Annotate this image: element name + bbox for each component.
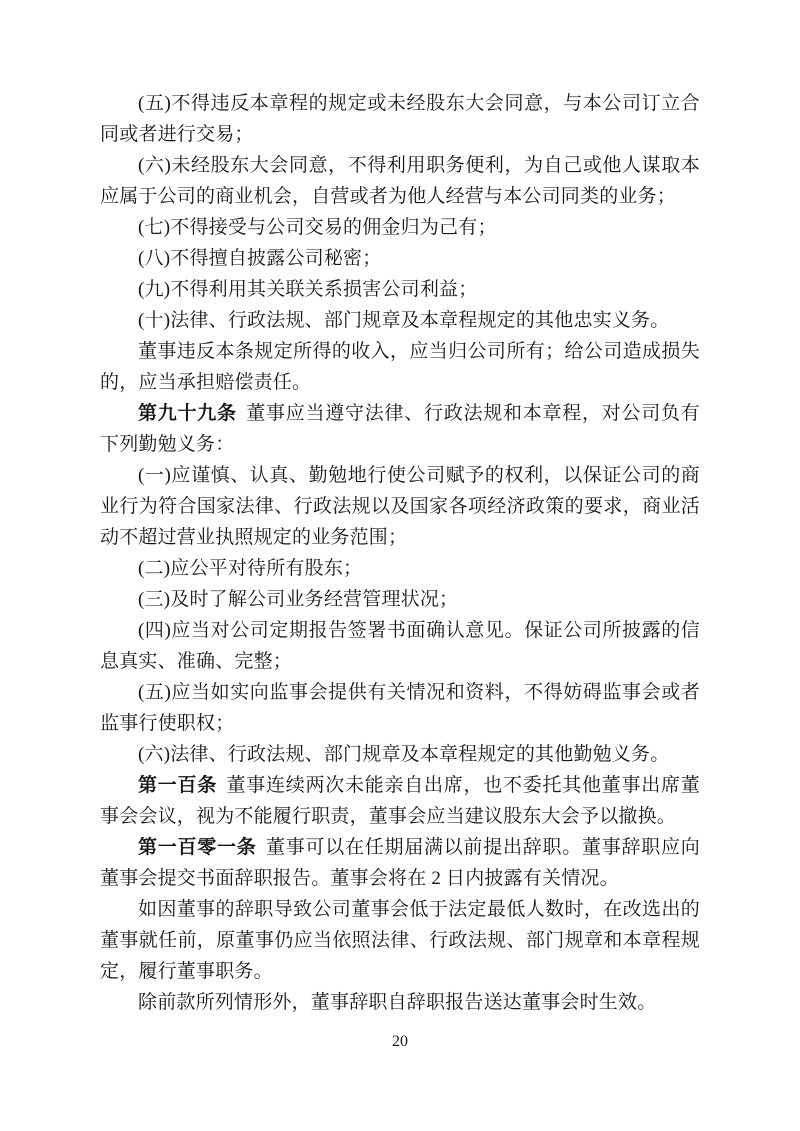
article-number: 第一百条 <box>138 775 217 796</box>
paragraph-text: 如因董事的辞职导致公司董事会低于法定最低人数时，在改选出的董事就任前，原董事仍应… <box>100 899 700 982</box>
paragraph-text: (三)及时了解公司业务经营管理状况； <box>138 589 458 610</box>
paragraph-text: (七)不得接受与公司交易的佣金归为己有； <box>138 217 497 238</box>
page-number: 20 <box>0 1032 800 1052</box>
paragraph: (六)法律、行政法规、部门规章及本章程规定的其他勤勉义务。 <box>100 739 700 770</box>
paragraph: 除前款所列情形外，董事辞职自辞职报告送达董事会时生效。 <box>100 987 700 1018</box>
paragraph-text: (五)不得违反本章程的规定或未经股东大会同意，与本公司订立合同或者进行交易； <box>100 93 700 145</box>
paragraph-text: (十)法律、行政法规、部门规章及本章程规定的其他忠实义务。 <box>138 310 669 331</box>
paragraph: (十)法律、行政法规、部门规章及本章程规定的其他忠实义务。 <box>100 305 700 336</box>
paragraph: (三)及时了解公司业务经营管理状况； <box>100 584 700 615</box>
paragraph: (四)应当对公司定期报告签署书面确认意见。保证公司所披露的信息真实、准确、完整； <box>100 615 700 677</box>
paragraph-text: (八)不得擅自披露公司秘密； <box>138 248 381 269</box>
paragraph: 第一百零一条董事可以在任期届满以前提出辞职。董事辞职应向董事会提交书面辞职报告。… <box>100 832 700 894</box>
paragraph-text: (六)法律、行政法规、部门规章及本章程规定的其他勤勉义务。 <box>138 744 669 765</box>
paragraph-text: (四)应当对公司定期报告签署书面确认意见。保证公司所披露的信息真实、准确、完整； <box>100 620 700 672</box>
paragraph: (七)不得接受与公司交易的佣金归为己有； <box>100 212 700 243</box>
paragraph: (五)不得违反本章程的规定或未经股东大会同意，与本公司订立合同或者进行交易； <box>100 88 700 150</box>
paragraph: (五)应当如实向监事会提供有关情况和资料，不得妨碍监事会或者监事行使职权； <box>100 677 700 739</box>
paragraph: (九)不得利用其关联关系损害公司利益； <box>100 274 700 305</box>
article-number: 第一百零一条 <box>138 837 257 858</box>
document-body: (五)不得违反本章程的规定或未经股东大会同意，与本公司订立合同或者进行交易； (… <box>100 88 700 1018</box>
paragraph-text: 除前款所列情形外，董事辞职自辞职报告送达董事会时生效。 <box>138 992 656 1013</box>
paragraph: (二)应公平对待所有股东； <box>100 553 700 584</box>
paragraph: 董事违反本条规定所得的收入，应当归公司所有；给公司造成损失的，应当承担赔偿责任。 <box>100 336 700 398</box>
paragraph: (一)应谨慎、认真、勤勉地行使公司赋予的权利，以保证公司的商业行为符合国家法律、… <box>100 460 700 553</box>
paragraph: 第一百条董事连续两次未能亲自出席，也不委托其他董事出席董事会会议，视为不能履行职… <box>100 770 700 832</box>
document-page: (五)不得违反本章程的规定或未经股东大会同意，与本公司订立合同或者进行交易； (… <box>0 0 800 1131</box>
paragraph-text: (九)不得利用其关联关系损害公司利益； <box>138 279 477 300</box>
paragraph-text: 董事违反本条规定所得的收入，应当归公司所有；给公司造成损失的，应当承担赔偿责任。 <box>100 341 700 393</box>
paragraph: 如因董事的辞职导致公司董事会低于法定最低人数时，在改选出的董事就任前，原董事仍应… <box>100 894 700 987</box>
paragraph: (六)未经股东大会同意，不得利用职务便利，为自己或他人谋取本应属于公司的商业机会… <box>100 150 700 212</box>
paragraph: 第九十九条董事应当遵守法律、行政法规和本章程，对公司负有下列勤勉义务： <box>100 398 700 460</box>
paragraph-text: (二)应公平对待所有股东； <box>138 558 362 579</box>
paragraph: (八)不得擅自披露公司秘密； <box>100 243 700 274</box>
paragraph-text: (一)应谨慎、认真、勤勉地行使公司赋予的权利，以保证公司的商业行为符合国家法律、… <box>100 465 700 548</box>
paragraph-text: (五)应当如实向监事会提供有关情况和资料，不得妨碍监事会或者监事行使职权； <box>100 682 700 734</box>
paragraph-text: (六)未经股东大会同意，不得利用职务便利，为自己或他人谋取本应属于公司的商业机会… <box>100 155 700 207</box>
article-number: 第九十九条 <box>138 403 237 424</box>
